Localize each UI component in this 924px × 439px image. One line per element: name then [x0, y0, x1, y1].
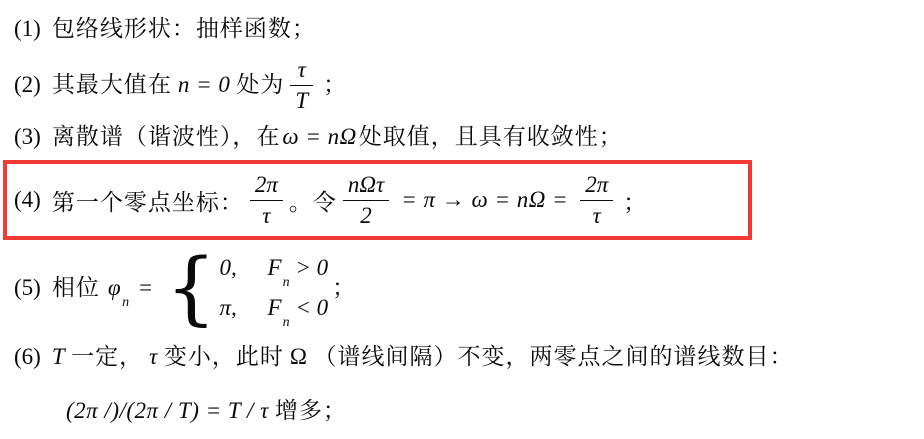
- item-6-text-2: 变小，此时: [164, 343, 284, 371]
- item-4-punct: ；: [623, 184, 647, 217]
- item-5-text-pre: 相位: [52, 274, 100, 302]
- item-4-math-derivation: = π → ω = nΩ =: [401, 187, 568, 213]
- item-6-var-Omega: Ω: [290, 343, 308, 371]
- item-2-text-mid: 处为: [236, 71, 284, 99]
- document-page: (1) 包络线形状：抽样函数； (2) 其最大值在 n = 0 处为 τ T ；…: [0, 0, 924, 439]
- item-6-text-1: 一定，: [71, 343, 143, 371]
- phi-variable: φn: [108, 274, 130, 302]
- case-row-positive: 0, Fn > 0: [220, 254, 329, 282]
- left-brace: {: [166, 256, 217, 320]
- item-2-punct: ；: [323, 71, 347, 99]
- case-column: 0, Fn > 0 π, Fn < 0: [220, 254, 329, 321]
- case-value: 0,: [220, 254, 268, 282]
- item-6-text-3: （谱线间隔）不变，两零点之间的谱线数目：: [313, 343, 793, 371]
- list-item-4: (4) 第一个零点坐标： 2π τ 。令 nΩτ 2 = π → ω = nΩ …: [7, 172, 647, 228]
- item-1-number: (1): [14, 15, 41, 43]
- list-item-2: (2) 其最大值在 n = 0 处为 τ T ；: [14, 56, 347, 114]
- item-3-number: (3): [14, 123, 41, 151]
- fraction-denominator: 2: [343, 201, 389, 228]
- list-item-6: (6) T 一定， τ 变小，此时 Ω （谱线间隔）不变，两零点之间的谱线数目：: [14, 336, 793, 378]
- item-4-text-pre: 第一个零点坐标：: [52, 184, 244, 217]
- fraction-numerator: 2π: [580, 172, 613, 200]
- fraction-denominator: T: [290, 86, 313, 113]
- item-3-text-post: 处取值，且具有收敛性；: [359, 123, 623, 151]
- item-6-formula-math: (2π /)/(2π / T) = T / τ: [66, 397, 269, 425]
- item-5-punct: ；: [332, 274, 356, 302]
- fraction-numerator: nΩτ: [343, 172, 389, 200]
- fraction-numerator: τ: [290, 57, 313, 85]
- fraction-numerator: 2π: [250, 172, 283, 200]
- item-1-text: 包络线形状：抽样函数；: [52, 15, 316, 43]
- fraction-tau-over-T: τ T: [290, 57, 313, 113]
- list-item-3: (3) 离散谱（谐波性），在 ω = nΩ 处取值，且具有收敛性；: [14, 118, 623, 156]
- item-3-math-omega-equals-nOmega: ω = nΩ: [282, 123, 356, 151]
- case-condition: Fn > 0: [268, 254, 329, 282]
- item-2-math-n-equals-0: n = 0: [178, 71, 231, 99]
- highlight-box: (4) 第一个零点坐标： 2π τ 。令 nΩτ 2 = π → ω = nΩ …: [3, 160, 752, 240]
- case-condition: Fn < 0: [268, 294, 329, 322]
- item-2-number: (2): [14, 71, 41, 99]
- equals-sign: =: [138, 274, 154, 302]
- item-6-var-tau: τ: [149, 343, 158, 371]
- item-5-number: (5): [14, 274, 41, 302]
- item-6-formula-text: 增多；: [275, 397, 347, 425]
- fraction-denominator: τ: [580, 201, 613, 228]
- item-3-text-pre: 离散谱（谐波性），在: [52, 123, 281, 151]
- list-item-1: (1) 包络线形状：抽样函数；: [14, 10, 316, 48]
- item-2-text-pre: 其最大值在: [52, 71, 172, 99]
- fraction-nOmega-tau-over-2: nΩτ 2: [343, 172, 389, 228]
- fraction-denominator: τ: [250, 201, 283, 228]
- item-6-var-T: T: [52, 343, 65, 371]
- item-6-number: (6): [14, 343, 41, 371]
- item-4-number: (4): [14, 187, 41, 213]
- phi-subscript: n: [122, 295, 130, 310]
- item-4-text-mid: 。令: [289, 184, 337, 217]
- list-item-5: (5) 相位 φn = { 0, Fn > 0 π, Fn < 0 ；: [14, 247, 356, 329]
- piecewise-cases: { 0, Fn > 0 π, Fn < 0: [166, 254, 329, 321]
- case-row-negative: π, Fn < 0: [220, 294, 329, 322]
- fraction-2pi-over-tau-second: 2π τ: [580, 172, 613, 228]
- fraction-2pi-over-tau-first: 2π τ: [250, 172, 283, 228]
- list-item-6-formula: (2π /)/(2π / T) = T / τ 增多；: [66, 389, 347, 433]
- case-value: π,: [220, 294, 268, 322]
